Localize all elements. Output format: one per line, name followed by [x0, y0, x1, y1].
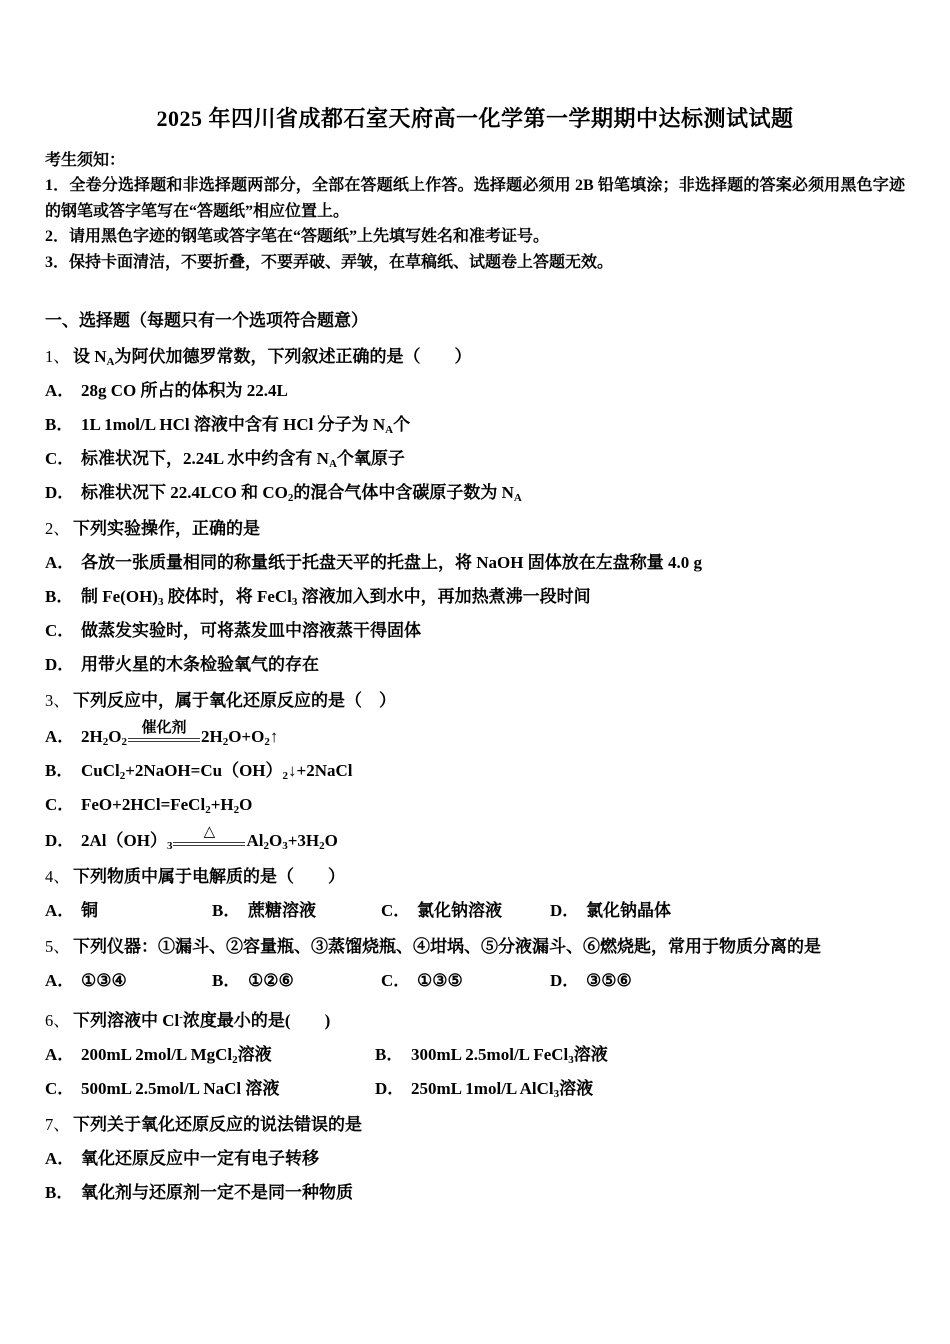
option-label: D． — [45, 655, 81, 675]
notice-item: 1．全卷分选择题和非选择题两部分，全部在答题纸上作答。选择题必须用 2B 铅笔填… — [45, 173, 905, 224]
exam-paper-page: 2025 年四川省成都石室天府高一化学第一学期期中达标测试试题 考生须知： 1．… — [0, 0, 950, 1344]
option-line: B．1L 1mol/L HCl 溶液中含有 HCl 分子为 NA个 — [45, 415, 905, 435]
option-label: D． — [550, 971, 586, 991]
option-line: C．①③⑤ — [381, 971, 550, 991]
option-line: D．标准状况下 22.4LCO 和 CO2的混合气体中含碳原子数为 NA — [45, 483, 905, 503]
option-text-equation: 2Al（OH）3△Al2O3+3H2O — [81, 831, 338, 850]
question-number: 4、 — [45, 867, 73, 887]
option-row: A．200mL 2mol/L MgCl2溶液 B．300mL 2.5mol/L … — [45, 1045, 905, 1065]
option-text-equation: 2H2O2催化剂2H2O+O2↑ — [81, 727, 278, 746]
option-text: 200mL 2mol/L MgCl2溶液 — [81, 1045, 272, 1064]
option-text: 标准状况下，2.24L 水中约含有 NA个氧原子 — [81, 449, 405, 468]
option-label: A． — [45, 727, 81, 747]
option-line: C．500mL 2.5mol/L NaCl 溶液 — [45, 1079, 375, 1099]
reaction-condition-overline: △ — [173, 823, 245, 846]
option-text: 250mL 1mol/L AlCl3溶液 — [411, 1079, 593, 1098]
reaction-condition-text: 催化剂 — [131, 719, 197, 737]
option-text: 铜 — [81, 901, 98, 920]
option-line: B．300mL 2.5mol/L FeCl3溶液 — [375, 1045, 905, 1065]
question-number: 1、 — [45, 347, 73, 367]
reaction-condition-overline: 催化剂 — [128, 719, 200, 742]
option-label: A． — [45, 553, 81, 573]
option-line: B．蔗糖溶液 — [212, 901, 381, 921]
option-label: D． — [375, 1079, 411, 1099]
question-stem: 2、下列实验操作，正确的是 — [45, 519, 905, 539]
option-label: D． — [45, 483, 81, 503]
option-line: B．①②⑥ — [212, 971, 381, 991]
option-text: ①③⑤ — [417, 971, 463, 990]
option-text: 用带火星的木条检验氧气的存在 — [81, 655, 319, 674]
option-label: C． — [45, 449, 81, 469]
question-3: 3、下列反应中，属于氧化还原反应的是（ ） A．2H2O2催化剂2H2O+O2↑… — [45, 691, 905, 851]
option-line: B．CuCl2+2NaOH=Cu（OH）2↓+2NaCl — [45, 761, 905, 781]
question-stem: 5、下列仪器：①漏斗、②容量瓶、③蒸馏烧瓶、④坩埚、⑤分液漏斗、⑥燃烧匙，常用于… — [45, 937, 905, 957]
option-row: A．①③④ B．①②⑥ C．①③⑤ D．③⑤⑥ — [45, 971, 905, 991]
option-line: A．铜 — [45, 901, 212, 921]
option-line: A．氧化还原反应中一定有电子转移 — [45, 1149, 905, 1169]
option-label: C． — [45, 795, 81, 815]
question-stem-text: 下列关于氧化还原反应的说法错误的是 — [73, 1115, 362, 1134]
option-line: A．①③④ — [45, 971, 212, 991]
question-4: 4、下列物质中属于电解质的是（ ） A．铜 B．蔗糖溶液 C．氯化钠溶液 D．氯… — [45, 867, 905, 921]
option-label: C． — [45, 621, 81, 641]
page-title: 2025 年四川省成都石室天府高一化学第一学期期中达标测试试题 — [45, 104, 905, 134]
option-text: 氧化还原反应中一定有电子转移 — [81, 1149, 319, 1168]
option-line: C．标准状况下，2.24L 水中约含有 NA个氧原子 — [45, 449, 905, 469]
question-number: 2、 — [45, 519, 73, 539]
question-number: 3、 — [45, 691, 73, 711]
question-stem: 4、下列物质中属于电解质的是（ ） — [45, 867, 905, 887]
option-text: 做蒸发实验时，可将蒸发皿中溶液蒸干得固体 — [81, 621, 421, 640]
option-line: B．氧化剂与还原剂一定不是同一种物质 — [45, 1183, 905, 1203]
notice-heading: 考生须知： — [45, 148, 905, 173]
option-text: 500mL 2.5mol/L NaCl 溶液 — [81, 1079, 279, 1098]
notice-item: 2．请用黑色字迹的钢笔或答字笔在“答题纸”上先填写姓名和准考证号。 — [45, 224, 905, 250]
question-stem-text: 设 NA为阿伏加德罗常数，下列叙述正确的是（ ） — [73, 347, 471, 366]
option-text: 制 Fe(OH)3 胶体时，将 FeCl3 溶液加入到水中，再加热煮沸一段时间 — [81, 587, 591, 606]
question-5: 5、下列仪器：①漏斗、②容量瓶、③蒸馏烧瓶、④坩埚、⑤分液漏斗、⑥燃烧匙，常用于… — [45, 937, 905, 991]
notice-item: 3．保持卡面清洁，不要折叠，不要弄破、弄皱，在草稿纸、试题卷上答题无效。 — [45, 250, 905, 276]
option-line: B．制 Fe(OH)3 胶体时，将 FeCl3 溶液加入到水中，再加热煮沸一段时… — [45, 587, 905, 607]
question-number: 7、 — [45, 1115, 73, 1135]
question-2: 2、下列实验操作，正确的是 A．各放一张质量相同的称量纸于托盘天平的托盘上，将 … — [45, 519, 905, 675]
question-1: 1、设 NA为阿伏加德罗常数，下列叙述正确的是（ ） A．28g CO 所占的体… — [45, 347, 905, 503]
question-6: 6、下列溶液中 Cl-浓度最小的是( ) A．200mL 2mol/L MgCl… — [45, 1011, 905, 1099]
option-label: C． — [381, 971, 417, 991]
option-label: D． — [45, 831, 81, 851]
option-text-equation: CuCl2+2NaOH=Cu（OH）2↓+2NaCl — [81, 761, 352, 780]
option-label: B． — [212, 901, 248, 921]
option-text: ①②⑥ — [248, 971, 294, 990]
question-stem: 6、下列溶液中 Cl-浓度最小的是( ) — [45, 1011, 905, 1031]
question-stem: 7、下列关于氧化还原反应的说法错误的是 — [45, 1115, 905, 1135]
option-row: C．500mL 2.5mol/L NaCl 溶液 D．250mL 1mol/L … — [45, 1079, 905, 1099]
option-line: C．氯化钠溶液 — [381, 901, 550, 921]
option-text: ①③④ — [81, 971, 127, 990]
option-label: C． — [45, 1079, 81, 1099]
option-line: A．28g CO 所占的体积为 22.4L — [45, 381, 905, 401]
question-stem-text: 下列仪器：①漏斗、②容量瓶、③蒸馏烧瓶、④坩埚、⑤分液漏斗、⑥燃烧匙，常用于物质… — [73, 937, 821, 956]
option-label: D． — [550, 901, 586, 921]
option-text: 氯化钠溶液 — [417, 901, 502, 920]
option-line: D．2Al（OH）3△Al2O3+3H2O — [45, 823, 905, 851]
question-7: 7、下列关于氧化还原反应的说法错误的是 A．氧化还原反应中一定有电子转移 B．氧… — [45, 1115, 905, 1203]
option-label: C． — [381, 901, 417, 921]
option-text: 300mL 2.5mol/L FeCl3溶液 — [411, 1045, 608, 1064]
option-line: A．200mL 2mol/L MgCl2溶液 — [45, 1045, 375, 1065]
option-text: 蔗糖溶液 — [248, 901, 316, 920]
option-line: D．用带火星的木条检验氧气的存在 — [45, 655, 905, 675]
option-text: 28g CO 所占的体积为 22.4L — [81, 381, 288, 400]
question-stem: 1、设 NA为阿伏加德罗常数，下列叙述正确的是（ ） — [45, 347, 905, 367]
question-number: 5、 — [45, 937, 73, 957]
option-label: B． — [45, 415, 81, 435]
question-stem: 3、下列反应中，属于氧化还原反应的是（ ） — [45, 691, 905, 711]
option-line: A．各放一张质量相同的称量纸于托盘天平的托盘上，将 NaOH 固体放在左盘称量 … — [45, 553, 905, 573]
option-label: A． — [45, 1149, 81, 1169]
question-stem-text: 下列溶液中 Cl-浓度最小的是( ) — [73, 1011, 330, 1030]
option-label: B． — [45, 587, 81, 607]
question-number: 6、 — [45, 1011, 73, 1031]
option-line: C．做蒸发实验时，可将蒸发皿中溶液蒸干得固体 — [45, 621, 905, 641]
option-text: 氯化钠晶体 — [586, 901, 671, 920]
notice-block: 考生须知： 1．全卷分选择题和非选择题两部分，全部在答题纸上作答。选择题必须用 … — [45, 148, 905, 275]
option-label: B． — [212, 971, 248, 991]
option-row: A．铜 B．蔗糖溶液 C．氯化钠溶液 D．氯化钠晶体 — [45, 901, 905, 921]
option-label: B． — [45, 1183, 81, 1203]
option-line: D．氯化钠晶体 — [550, 901, 905, 921]
option-label: A． — [45, 971, 81, 991]
option-text-equation: FeO+2HCl=FeCl2+H2O — [81, 795, 252, 814]
option-text: ③⑤⑥ — [586, 971, 632, 990]
option-line: D．250mL 1mol/L AlCl3溶液 — [375, 1079, 905, 1099]
option-label: A． — [45, 1045, 81, 1065]
option-label: A． — [45, 381, 81, 401]
option-line: C．FeO+2HCl=FeCl2+H2O — [45, 795, 905, 815]
option-text: 标准状况下 22.4LCO 和 CO2的混合气体中含碳原子数为 NA — [81, 483, 522, 502]
option-label: B． — [375, 1045, 411, 1065]
question-stem-text: 下列实验操作，正确的是 — [73, 519, 260, 538]
option-label: B． — [45, 761, 81, 781]
reaction-condition-text: △ — [176, 823, 242, 841]
option-line: A．2H2O2催化剂2H2O+O2↑ — [45, 719, 905, 747]
option-label: A． — [45, 901, 81, 921]
option-text: 各放一张质量相同的称量纸于托盘天平的托盘上，将 NaOH 固体放在左盘称量 4.… — [81, 553, 702, 572]
option-line: D．③⑤⑥ — [550, 971, 905, 991]
option-text: 氧化剂与还原剂一定不是同一种物质 — [81, 1183, 353, 1202]
question-stem-text: 下列反应中，属于氧化还原反应的是（ ） — [73, 691, 396, 710]
option-text: 1L 1mol/L HCl 溶液中含有 HCl 分子为 NA个 — [81, 415, 410, 434]
question-stem-text: 下列物质中属于电解质的是（ ） — [73, 867, 345, 886]
section-title: 一、选择题（每题只有一个选项符合题意） — [45, 311, 905, 331]
